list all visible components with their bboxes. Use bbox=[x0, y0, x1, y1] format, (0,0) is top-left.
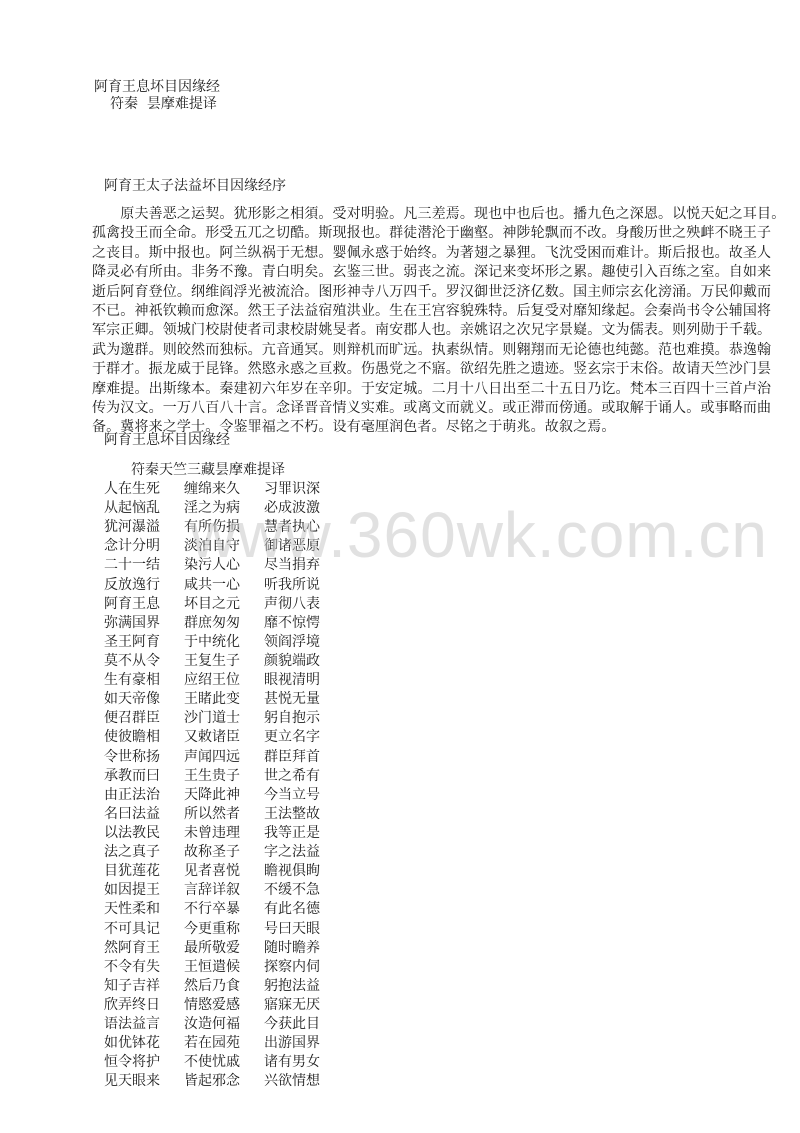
verse-phrase: 躬抱法益 bbox=[264, 977, 346, 996]
verse-phrase: 听我所说 bbox=[264, 576, 346, 595]
preface-line: 原夫善恶之运契。犹形影之相須。受对明验。凡三差焉。现也中也后也。播九色之深恩。以… bbox=[92, 205, 742, 224]
verse-row: 天性柔和不行卒暴有此名德 bbox=[104, 900, 346, 919]
verse-phrase: 承教而曰 bbox=[104, 767, 184, 786]
verse-phrase: 群臣拜首 bbox=[264, 748, 346, 767]
verse-phrase: 若在园苑 bbox=[184, 1034, 264, 1053]
verse-phrase: 不令有失 bbox=[104, 958, 184, 977]
verse-phrase: 如因提王 bbox=[104, 881, 184, 900]
verse-phrase: 然阿育王 bbox=[104, 939, 184, 958]
document-title: 阿育王息坏目因缘经 bbox=[94, 79, 220, 95]
preface-line: 逝后阿育登位。纲维阎浮光被流洽。图形神寺八万四千。罗汉御世泛济亿数。国主师宗玄化… bbox=[92, 283, 742, 302]
verse-phrase: 更立名字 bbox=[264, 728, 346, 747]
verse-phrase: 出游国界 bbox=[264, 1034, 346, 1053]
preface-body: 原夫善恶之运契。犹形影之相須。受对明验。凡三差焉。现也中也后也。播九色之深恩。以… bbox=[92, 205, 742, 438]
preface-line: 传为汉文。一万八百八十言。念译晋音情义实难。或离文而就义。或正滞而傍通。或取解于… bbox=[92, 399, 742, 418]
verse-phrase: 群庶匆匆 bbox=[184, 614, 264, 633]
verse-phrase: 今更重称 bbox=[184, 920, 264, 939]
verse-phrase: 咸共一心 bbox=[184, 576, 264, 595]
preface-line: 军宗正卿。领城门校尉使者司隶校尉姚旻者。南安郡人也。亲姚诏之次兄字景嶷。文为儒表… bbox=[92, 321, 742, 340]
verse-phrase: 所以然者 bbox=[184, 805, 264, 824]
verse-phrase: 沙门道士 bbox=[184, 709, 264, 728]
preface-line: 降灵必有所由。非务不豫。青白明矣。玄鉴三世。弱丧之流。深记来变坏形之累。趣使引入… bbox=[92, 263, 742, 282]
verse-row: 承教而曰王生贵子世之希有 bbox=[104, 767, 346, 786]
verse-phrase: 言辞详叙 bbox=[184, 881, 264, 900]
document-page: 阿育王息坏目因缘经 符秦 昙摩难提译 阿育王太子法益坏目因缘经序 原夫善恶之运契… bbox=[0, 0, 800, 1133]
verse-phrase: 慧者执心 bbox=[264, 518, 346, 537]
verse-phrase: 号曰天眼 bbox=[264, 920, 346, 939]
verse-phrase: 王生贵子 bbox=[184, 767, 264, 786]
verse-row: 弥满国界群庶匆匆靡不惊愕 bbox=[104, 614, 346, 633]
verse-phrase: 缠绵来久 bbox=[184, 480, 264, 499]
verse-phrase: 必成波激 bbox=[264, 499, 346, 518]
verse-phrase: 从起恼乱 bbox=[104, 499, 184, 518]
verse-phrase: 人在生死 bbox=[104, 480, 184, 499]
verse-row: 念计分明淡泊自守御诸恶原 bbox=[104, 537, 346, 556]
verse-phrase: 字之法益 bbox=[264, 843, 346, 862]
verse-phrase: 恒令将护 bbox=[104, 1053, 184, 1072]
verse-phrase: 以法教民 bbox=[104, 824, 184, 843]
verse-row: 见天眼来皆起邪念兴欲情想 bbox=[104, 1072, 346, 1091]
verse-phrase: 王复生子 bbox=[184, 652, 264, 671]
verse-row: 不可具记今更重称号曰天眼 bbox=[104, 920, 346, 939]
verse-phrase: 瞻视俱眴 bbox=[264, 862, 346, 881]
verse-phrase: 尽当捐弃 bbox=[264, 556, 346, 575]
verse-phrase: 如天帝像 bbox=[104, 690, 184, 709]
verse-row: 以法教民未曾违理我等正是 bbox=[104, 824, 346, 843]
verse-phrase: 我等正是 bbox=[264, 824, 346, 843]
sutra-translator: 符秦天竺三藏昙摩难提译 bbox=[131, 462, 285, 478]
verse-row: 生有豪相应绍王位眼视清明 bbox=[104, 671, 346, 690]
verse-phrase: 兴欲情想 bbox=[264, 1072, 346, 1091]
verse-phrase: 御诸恶原 bbox=[264, 537, 346, 556]
verse-phrase: 反放逸行 bbox=[104, 576, 184, 595]
verse-row: 阿育王息坏目之元声彻八表 bbox=[104, 595, 346, 614]
verse-row: 法之真子故称圣子字之法益 bbox=[104, 843, 346, 862]
verse-row: 名曰法益所以然者王法整故 bbox=[104, 805, 346, 824]
verse-phrase: 如优钵花 bbox=[104, 1034, 184, 1053]
verse-phrase: 声闻四远 bbox=[184, 748, 264, 767]
verse-phrase: 寤寐无厌 bbox=[264, 996, 346, 1015]
verse-phrase: 随时瞻养 bbox=[264, 939, 346, 958]
verse-row: 令世称扬声闻四远群臣拜首 bbox=[104, 748, 346, 767]
verse-row: 由正法治天降此神今当立号 bbox=[104, 786, 346, 805]
verse-phrase: 世之希有 bbox=[264, 767, 346, 786]
verse-row: 如天帝像王睹此变甚悦无量 bbox=[104, 690, 346, 709]
verse-phrase: 坏目之元 bbox=[184, 595, 264, 614]
verse-phrase: 不使忧戚 bbox=[184, 1053, 264, 1072]
verse-phrase: 阿育王息 bbox=[104, 595, 184, 614]
verse-phrase: 见天眼来 bbox=[104, 1072, 184, 1091]
verse-phrase: 便召群臣 bbox=[104, 709, 184, 728]
verse-phrase: 淡泊自守 bbox=[184, 537, 264, 556]
verse-phrase: 由正法治 bbox=[104, 786, 184, 805]
verse-row: 莫不从令王复生子颜貌端政 bbox=[104, 652, 346, 671]
verse-row: 目犹莲花见者喜悦瞻视俱眴 bbox=[104, 862, 346, 881]
verse-phrase: 又敕诸臣 bbox=[184, 728, 264, 747]
verse-phrase: 念计分明 bbox=[104, 537, 184, 556]
verse-phrase: 语法益言 bbox=[104, 1015, 184, 1034]
verse-phrase: 目犹莲花 bbox=[104, 862, 184, 881]
verse-phrase: 见者喜悦 bbox=[184, 862, 264, 881]
verse-phrase: 不缓不急 bbox=[264, 881, 346, 900]
verse-phrase: 声彻八表 bbox=[264, 595, 346, 614]
verse-row: 然阿育王最所敬爱随时瞻养 bbox=[104, 939, 346, 958]
verse-phrase: 有所伤损 bbox=[184, 518, 264, 537]
verse-row: 知子吉祥然后乃食躬抱法益 bbox=[104, 977, 346, 996]
verse-phrase: 不行卒暴 bbox=[184, 900, 264, 919]
verse-phrase: 探察内伺 bbox=[264, 958, 346, 977]
verse-phrase: 莫不从令 bbox=[104, 652, 184, 671]
verse-phrase: 最所敬爱 bbox=[184, 939, 264, 958]
verse-phrase: 领阎浮境 bbox=[264, 633, 346, 652]
verse-row: 二十一结染污人心尽当捐弃 bbox=[104, 556, 346, 575]
verse-phrase: 眼视清明 bbox=[264, 671, 346, 690]
verse-phrase: 甚悦无量 bbox=[264, 690, 346, 709]
verse-phrase: 有此名德 bbox=[264, 900, 346, 919]
verse-phrase: 王法整故 bbox=[264, 805, 346, 824]
verse-row: 人在生死缠绵来久习罪识深 bbox=[104, 480, 346, 499]
preface-line: 于群才。振龙威于昆锋。然愍永惑之亘救。伤愚党之不寤。欲绍先胜之遗迹。竖玄宗于末俗… bbox=[92, 360, 742, 379]
verse-phrase: 情愍爱感 bbox=[184, 996, 264, 1015]
verse-phrase: 躬自抱示 bbox=[264, 709, 346, 728]
verse-row: 圣王阿育于中统化领阎浮境 bbox=[104, 633, 346, 652]
verse-table: 人在生死缠绵来久习罪识深从起恼乱淫之为病必成波激犹河瀑溢有所伤损慧者执心念计分明… bbox=[104, 480, 346, 1092]
verse-phrase: 圣王阿育 bbox=[104, 633, 184, 652]
verse-phrase: 于中统化 bbox=[184, 633, 264, 652]
preface-line: 摩难提。出斯缘本。秦建初六年岁在辛卯。于安定城。二月十八日出至二十五日乃讫。梵本… bbox=[92, 380, 742, 399]
verse-phrase: 弥满国界 bbox=[104, 614, 184, 633]
verse-row: 恒令将护不使忧戚诸有男女 bbox=[104, 1053, 346, 1072]
verse-phrase: 应绍王位 bbox=[184, 671, 264, 690]
verse-row: 犹河瀑溢有所伤损慧者执心 bbox=[104, 518, 346, 537]
verse-phrase: 知子吉祥 bbox=[104, 977, 184, 996]
verse-phrase: 皆起邪念 bbox=[184, 1072, 264, 1091]
translator-credit: 符秦 昙摩难提译 bbox=[110, 96, 217, 112]
verse-phrase: 今获此目 bbox=[264, 1015, 346, 1034]
verse-row: 欣弄终日情愍爱感寤寐无厌 bbox=[104, 996, 346, 1015]
verse-row: 使彼瞻相又敕诸臣更立名字 bbox=[104, 728, 346, 747]
verse-phrase: 王恒遣候 bbox=[184, 958, 264, 977]
verse-phrase: 犹河瀑溢 bbox=[104, 518, 184, 537]
verse-phrase: 王睹此变 bbox=[184, 690, 264, 709]
verse-row: 反放逸行咸共一心听我所说 bbox=[104, 576, 346, 595]
verse-phrase: 汝造何福 bbox=[184, 1015, 264, 1034]
verse-phrase: 令世称扬 bbox=[104, 748, 184, 767]
preface-line: 武为邈群。则皎然而独标。亢音通冥。则辩机而旷远。执素纵情。则翱翔而无论德也纯懿。… bbox=[92, 341, 742, 360]
verse-phrase: 法之真子 bbox=[104, 843, 184, 862]
verse-row: 便召群臣沙门道士躬自抱示 bbox=[104, 709, 346, 728]
verse-phrase: 生有豪相 bbox=[104, 671, 184, 690]
verse-phrase: 天性柔和 bbox=[104, 900, 184, 919]
verse-phrase: 然后乃食 bbox=[184, 977, 264, 996]
verse-phrase: 二十一结 bbox=[104, 556, 184, 575]
verse-phrase: 故称圣子 bbox=[184, 843, 264, 862]
verse-phrase: 未曾违理 bbox=[184, 824, 264, 843]
verse-row: 不令有失王恒遣候探察内伺 bbox=[104, 958, 346, 977]
verse-row: 如因提王言辞详叙不缓不急 bbox=[104, 881, 346, 900]
verse-phrase: 欣弄终日 bbox=[104, 996, 184, 1015]
verse-phrase: 名曰法益 bbox=[104, 805, 184, 824]
verse-phrase: 淫之为病 bbox=[184, 499, 264, 518]
verse-phrase: 染污人心 bbox=[184, 556, 264, 575]
verse-phrase: 靡不惊愕 bbox=[264, 614, 346, 633]
verse-phrase: 诸有男女 bbox=[264, 1053, 346, 1072]
verse-phrase: 天降此神 bbox=[184, 786, 264, 805]
verse-phrase: 习罪识深 bbox=[264, 480, 346, 499]
preface-line: 之丧目。斯中报也。阿兰纵祸于无想。婴佩永惑于始终。为著翅之暴狸。飞沈受困而难计。… bbox=[92, 244, 742, 263]
verse-row: 语法益言汝造何福今获此目 bbox=[104, 1015, 346, 1034]
sutra-heading: 阿育王息坏目因缘经 bbox=[104, 432, 230, 448]
verse-phrase: 今当立号 bbox=[264, 786, 346, 805]
verse-phrase: 不可具记 bbox=[104, 920, 184, 939]
preface-heading: 阿育王太子法益坏目因缘经序 bbox=[104, 178, 286, 194]
preface-line: 孤禽投王而全命。形受五兀之切酷。斯现报也。群徒潜沦于幽壑。神陟轮飘而不改。身酸历… bbox=[92, 224, 742, 243]
verse-row: 如优钵花若在园苑出游国界 bbox=[104, 1034, 346, 1053]
verse-phrase: 颜貌端政 bbox=[264, 652, 346, 671]
verse-phrase: 使彼瞻相 bbox=[104, 728, 184, 747]
verse-row: 从起恼乱淫之为病必成波激 bbox=[104, 499, 346, 518]
preface-line: 不已。神祇钦赖而愈深。然王子法益宿殖洪业。生在王宫容貌殊特。后复受对靡知缘起。会… bbox=[92, 302, 742, 321]
